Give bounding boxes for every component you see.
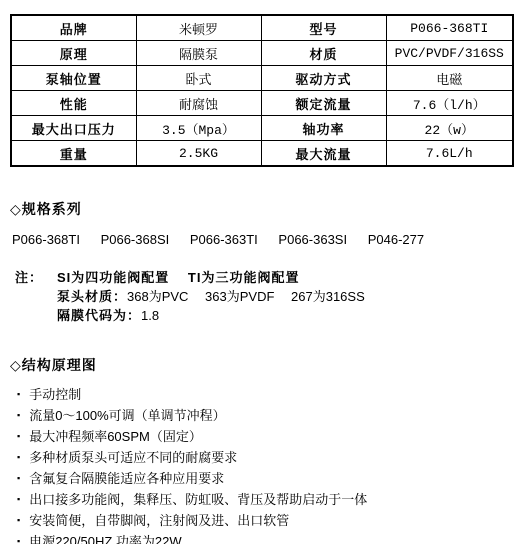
spec-table: 品牌 米顿罗 型号 P066-368TI 原理 隔膜泵 材质 PVC/PVDF/… (10, 14, 514, 167)
model-item: P046-277 (368, 232, 424, 247)
product-spec-page: 品牌 米顿罗 型号 P066-368TI 原理 隔膜泵 材质 PVC/PVDF/… (0, 0, 525, 544)
spec-value-principle: 隔膜泵 (136, 41, 261, 66)
note-line-diaphragm-code: 隔膜代码为： 1.8 (15, 306, 525, 325)
feature-text: 手动控制 (29, 387, 81, 402)
model-item: P066-368TI (12, 232, 80, 247)
spec-label-principle: 原理 (11, 41, 136, 66)
spec-value-max-pressure: 3.5（Mpa） (136, 116, 261, 141)
pump-material-value: 368为PVC 363为PVDF 267为316SS (127, 287, 365, 306)
table-row: 泵轴位置 卧式 驱动方式 电磁 (11, 66, 513, 91)
notes-block: 注： SI为四功能阀配置 TI为三功能阀配置 泵头材质： 368为PVC 363… (15, 268, 525, 325)
spec-value-performance: 耐腐蚀 (136, 91, 261, 116)
feature-text: 电源220/50HZ 功率为22W (29, 534, 181, 544)
model-item: P066-363SI (278, 232, 347, 247)
feature-text: 出口接多功能阀，集释压、防虹吸、背压及帮助启动于一体 (29, 492, 367, 507)
feature-item: ▪流量0～100%可调（单调节冲程） (17, 405, 525, 426)
feature-item: ▪手动控制 (17, 384, 525, 405)
spec-label-material: 材质 (261, 41, 386, 66)
spec-value-model: P066-368TI (386, 15, 513, 41)
spec-value-max-flow: 7.6L/h (386, 141, 513, 167)
spec-value-material: PVC/PVDF/316SS (386, 41, 513, 66)
spec-label-max-pressure: 最大出口压力 (11, 116, 136, 141)
feature-item: ▪最大冲程频率60SPM（固定） (17, 426, 525, 447)
table-row: 原理 隔膜泵 材质 PVC/PVDF/316SS (11, 41, 513, 66)
note-line-pump-material: 泵头材质： 368为PVC 363为PVDF 267为316SS (15, 287, 525, 306)
bullet-icon: ▪ (17, 468, 20, 488)
feature-list: ▪手动控制 ▪流量0～100%可调（单调节冲程） ▪最大冲程频率60SPM（固定… (0, 384, 525, 544)
spec-series-heading: ◇规格系列 (10, 199, 525, 219)
feature-text: 多种材质泵头可适应不同的耐腐要求 (29, 450, 237, 465)
note-valve-config-text: SI为四功能阀配置 TI为三功能阀配置 (57, 268, 299, 287)
bullet-icon: ▪ (17, 531, 20, 544)
spec-label-weight: 重量 (11, 141, 136, 167)
diaphragm-code-label: 隔膜代码为： (57, 306, 141, 325)
feature-item: ▪含氟复合隔膜能适应各种应用要求 (17, 468, 525, 489)
feature-item: ▪出口接多功能阀，集释压、防虹吸、背压及帮助启动于一体 (17, 489, 525, 510)
feature-item: ▪安装简便，自带脚阀，注射阀及进、出口软管 (17, 510, 525, 531)
model-list: P066-368TI P066-368SI P066-363TI P066-36… (12, 232, 525, 247)
spec-label-rated-flow: 额定流量 (261, 91, 386, 116)
spec-value-weight: 2.5KG (136, 141, 261, 167)
bullet-icon: ▪ (17, 489, 20, 509)
spec-value-drive-mode: 电磁 (386, 66, 513, 91)
model-item: P066-363TI (190, 232, 258, 247)
table-row: 最大出口压力 3.5（Mpa） 轴功率 22（w） (11, 116, 513, 141)
spec-label-model: 型号 (261, 15, 386, 41)
table-row: 性能 耐腐蚀 额定流量 7.6（l/h） (11, 91, 513, 116)
feature-item: ▪多种材质泵头可适应不同的耐腐要求 (17, 447, 525, 468)
spec-value-shaft-position: 卧式 (136, 66, 261, 91)
spec-label-max-flow: 最大流量 (261, 141, 386, 167)
diaphragm-code-value: 1.8 (141, 306, 159, 325)
feature-text: 含氟复合隔膜能适应各种应用要求 (29, 471, 224, 486)
feature-item: ▪电源220/50HZ 功率为22W (17, 531, 525, 544)
spec-label-performance: 性能 (11, 91, 136, 116)
feature-text: 流量0～100%可调（单调节冲程） (29, 408, 225, 423)
model-item: P066-368SI (101, 232, 170, 247)
bullet-icon: ▪ (17, 384, 20, 404)
feature-text: 最大冲程频率60SPM（固定） (29, 429, 202, 444)
structure-heading: ◇结构原理图 (10, 355, 525, 375)
pump-material-label: 泵头材质： (57, 287, 127, 306)
bullet-icon: ▪ (17, 405, 20, 425)
bullet-icon: ▪ (17, 510, 20, 530)
spec-value-rated-flow: 7.6（l/h） (386, 91, 513, 116)
spec-value-shaft-power: 22（w） (386, 116, 513, 141)
spec-label-brand: 品牌 (11, 15, 136, 41)
bullet-icon: ▪ (17, 447, 20, 467)
note-line-valve-config: 注： SI为四功能阀配置 TI为三功能阀配置 (15, 268, 525, 287)
bullet-icon: ▪ (17, 426, 20, 446)
spec-label-drive-mode: 驱动方式 (261, 66, 386, 91)
feature-text: 安装简便，自带脚阀，注射阀及进、出口软管 (29, 513, 289, 528)
spec-value-brand: 米顿罗 (136, 15, 261, 41)
spec-label-shaft-position: 泵轴位置 (11, 66, 136, 91)
table-row: 品牌 米顿罗 型号 P066-368TI (11, 15, 513, 41)
spec-label-shaft-power: 轴功率 (261, 116, 386, 141)
table-row: 重量 2.5KG 最大流量 7.6L/h (11, 141, 513, 167)
note-label: 注： (15, 268, 57, 287)
